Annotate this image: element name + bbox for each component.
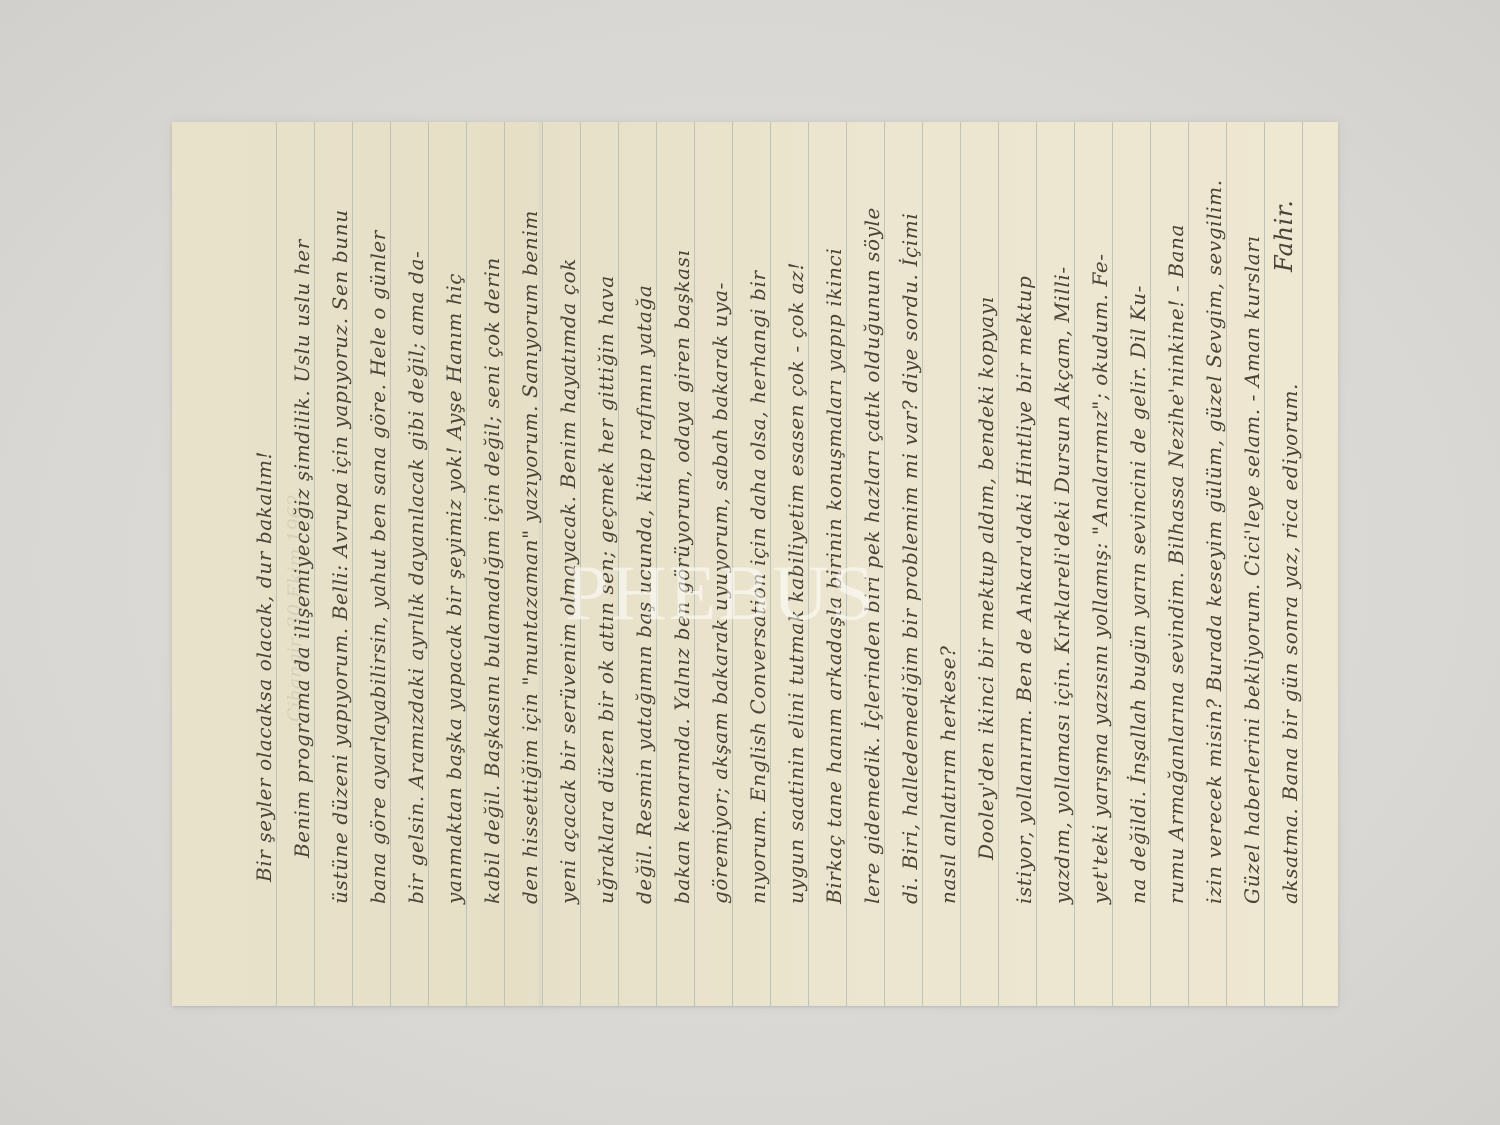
ruled-line xyxy=(998,122,999,1006)
letter-line: yanmaktan başka yapacak bir şeyimiz yok!… xyxy=(442,273,466,904)
letter-line: nıyorum. English Conversation için daha … xyxy=(746,270,770,904)
ruled-line xyxy=(884,122,885,1006)
ruled-line xyxy=(504,122,505,1006)
letter-line: bir gelsin. Aramızdaki ayrılık dayanılac… xyxy=(404,251,428,904)
ruled-line xyxy=(1226,122,1227,1006)
letter-line: aksatma. Bana bir gün sonra yaz, rica ed… xyxy=(1278,383,1302,904)
ruled-line xyxy=(314,122,315,1006)
letter-line: Güzel haberlerini bekliyorum. Cici'leye … xyxy=(1240,236,1264,904)
ruled-line xyxy=(580,122,581,1006)
letter-line: yet'teki yarışma yazısını yollamış: "Ana… xyxy=(1088,253,1112,904)
letter-line: Bir şeyler olacaksa olacak, dur bakalım! xyxy=(252,451,276,882)
letter-line: na değildi. İnşallah bugün yarın sevinci… xyxy=(1126,285,1150,904)
letter-line: yeni açacak bir serüvenim olmayacak. Ben… xyxy=(556,258,580,904)
ruled-line xyxy=(1302,122,1303,1006)
signature: Fahir. xyxy=(1272,199,1296,272)
ruled-line xyxy=(960,122,961,1006)
ruled-line xyxy=(922,122,923,1006)
ruled-line xyxy=(466,122,467,1006)
letter-line: lere gidemedik. İçlerinden biri pek hazl… xyxy=(860,207,884,904)
letter-line: üstüne düzeni yapıyorum. Belli: Avrupa i… xyxy=(328,209,352,904)
letter-line: göremiyor; akşam bakarak uyuyorum, sabah… xyxy=(708,282,732,904)
letter-line: Dooley'den ikinci bir mektup aldım, bend… xyxy=(974,296,998,860)
ruled-line xyxy=(276,122,277,1006)
ruled-line xyxy=(1112,122,1113,1006)
letter-line: izin verecek misin? Burada keseyim gülüm… xyxy=(1202,179,1226,904)
letter-line: rumu Armağanlarına sevindim. Bilhassa Ne… xyxy=(1164,224,1188,904)
ruled-line xyxy=(1036,122,1037,1006)
ruled-line xyxy=(1074,122,1075,1006)
letter-line: bakan kenarında. Yalnız ben görüyorum, o… xyxy=(670,250,694,905)
ruled-line xyxy=(770,122,771,1006)
letter-line: Birkaç tane hanım arkadaşla birinin konu… xyxy=(822,248,846,904)
ruled-line xyxy=(390,122,391,1006)
letter-line: den hissettiğim için "muntazaman" yazıyo… xyxy=(518,210,542,904)
ruled-line xyxy=(428,122,429,1006)
ruled-line xyxy=(694,122,695,1006)
letter-line: uygun saatinin elini tutmak kabiliyetim … xyxy=(784,262,808,904)
letter-line: nasıl anlatırım herkese? xyxy=(936,645,960,904)
ruled-line xyxy=(618,122,619,1006)
letter-line: istiyor, yollanırım. Ben de Ankara'daki … xyxy=(1012,276,1036,904)
letter-line: uğraklara düzen bir ok attın sen; geçmek… xyxy=(594,275,618,904)
letter-line: bana göre ayarlayabilirsin, yahut ben sa… xyxy=(366,230,390,904)
ruled-line xyxy=(656,122,657,1006)
ruled-line xyxy=(352,122,353,1006)
letter-line: di. Biri, halledemediğim bir problemim m… xyxy=(898,213,922,904)
letter-line: kabil değil. Başkasını bulamadığım için … xyxy=(480,257,504,904)
letter-line: yazdım, yollaması için. Kırklareli'deki … xyxy=(1050,266,1074,904)
ruled-line xyxy=(1188,122,1189,1006)
letter-line: değil. Resmin yatağımın baş ucunda, kita… xyxy=(632,285,656,904)
ruled-line xyxy=(1150,122,1151,1006)
ruled-line xyxy=(732,122,733,1006)
ruled-line xyxy=(1264,122,1265,1006)
letter-line: Benim programa da ilişemiyeceğiz şimdili… xyxy=(290,239,314,858)
letter-sheet: Cihangir, 30 Ekim 1962 Bir şeyler olacak… xyxy=(172,122,1338,1006)
ruled-line xyxy=(542,122,543,1006)
ruled-line xyxy=(808,122,809,1006)
ruled-line xyxy=(846,122,847,1006)
